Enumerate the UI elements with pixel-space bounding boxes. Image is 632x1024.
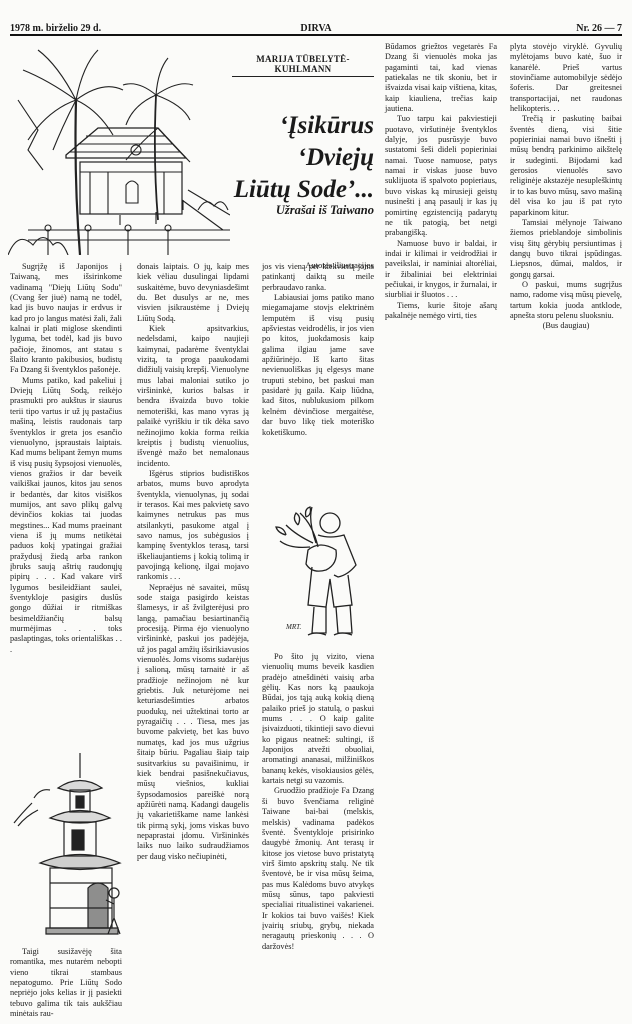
article-title-line2: Liūtų Sode’...: [222, 174, 374, 206]
pagoda-illustration: [10, 748, 128, 938]
article-title: ‘Įsikūrus ‘Dviejų Liūtų Sode’...: [222, 110, 374, 206]
column-1: Sugrįžę iš Japonijos į Taiwaną, mes išsi…: [10, 262, 122, 655]
paragraph: jos vis vieną per kiekvieną joms patinka…: [262, 262, 374, 293]
paragraph: Išgėrus stiprios budistiškos arbatos, mu…: [137, 469, 249, 583]
paragraph: donais laiptais. O jų, kaip mes kiek vėl…: [137, 262, 249, 324]
column-1-continued: Taigi susižavėję šita romantika, mes nut…: [10, 947, 122, 1019]
paragraph: Būdamos griežtos vegetarės Fa Dzang ši v…: [385, 42, 497, 114]
paragraph: Labiausiai joms patiko mano miegamajame …: [262, 293, 374, 438]
illustration-signature: MRT.: [286, 623, 301, 631]
article-title-line1: ‘Įsikūrus ‘Dviejų: [222, 110, 374, 174]
column-5: plyta stovėjo viryklė. Gyvulių mylėtojam…: [510, 42, 622, 332]
byline: MARIJA TŪBELYTĖ-KUHLMANN: [232, 54, 374, 77]
column-3: jos vis vieną per kiekvieną joms patinka…: [262, 262, 374, 438]
masthead: 1978 m. birželio 29 d. DIRVA Nr. 26 — 7: [10, 20, 622, 34]
nun-with-plant-illustration: MRT.: [268, 505, 368, 645]
paragraph: Trečią ir paskutinę baibai šventės dieną…: [510, 114, 622, 217]
paragraph: O paskui, mums sugrįžus namo, radome vis…: [510, 280, 622, 321]
column-3-continued: Po šito jų vizito, viena vienuolių mums …: [262, 652, 374, 952]
paragraph: Tamsiai mėlynoje Taiwano žiemos prieblan…: [510, 218, 622, 280]
paragraph: Namuose buvo ir baldai, ir indai ir kili…: [385, 239, 497, 301]
article-subtitle: Užrašai iš Taiwano: [222, 203, 374, 218]
paragraph: Tiems, kurie šitoje ašarų pakalnėje nemė…: [385, 301, 497, 322]
paragraph: Nepraėjus nė savaitei, mūsų sode staiga …: [137, 583, 249, 862]
paragraph: Mums patiko, kad pakeliui į Dviejų Liūtų…: [10, 376, 122, 655]
paragraph: Gruodžio pradžioje Fa Dzang ši buvo šven…: [262, 786, 374, 952]
newspaper-name: DIRVA: [10, 23, 622, 34]
masthead-rule: [10, 34, 622, 36]
paragraph: Taigi susižavėję šita romantika, mes nut…: [10, 947, 122, 1019]
continued-note: (Bus daugiau): [510, 321, 622, 331]
paragraph: Po šito jų vizito, viena vienuolių mums …: [262, 652, 374, 786]
paragraph: Tuo tarpu kai pakviestieji puotavo, virš…: [385, 114, 497, 238]
paragraph: plyta stovėjo viryklė. Gyvulių mylėtojam…: [510, 42, 622, 114]
paragraph: Kiek apsitvarkius, nedelsdami, kaipo nau…: [137, 324, 249, 469]
temple-illustration: [8, 40, 230, 255]
column-2: donais laiptais. O jų, kaip mes kiek vėl…: [137, 262, 249, 862]
paragraph: Sugrįžę iš Japonijos į Taiwaną, mes išsi…: [10, 262, 122, 376]
column-4: Būdamos griežtos vegetarės Fa Dzang ši v…: [385, 42, 497, 321]
